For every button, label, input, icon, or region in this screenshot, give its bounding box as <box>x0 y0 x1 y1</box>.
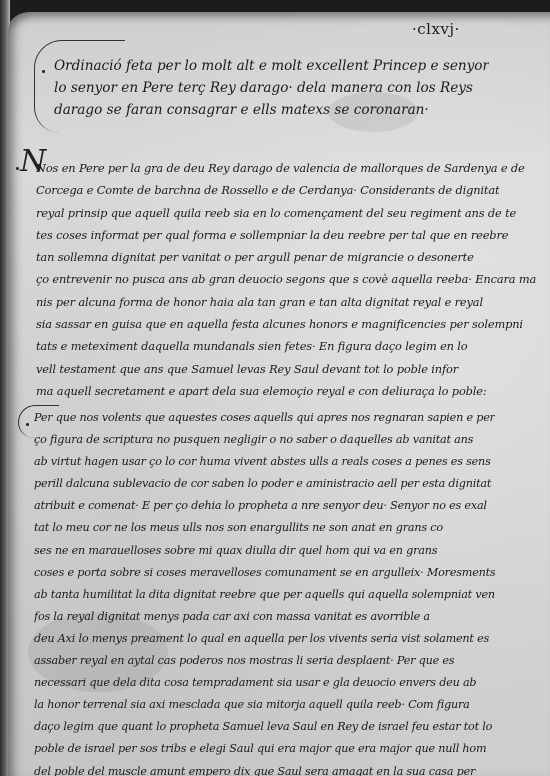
paragraph-mark <box>16 167 19 170</box>
text-line: coses e porta sobre si coses meravellose… <box>34 562 495 584</box>
text-line: assaber reyal en aytal cas poderos nos m… <box>34 650 495 672</box>
rubric-heading: Ordinació feta per lo molt alt e molt ex… <box>54 55 489 121</box>
manuscript-scan: ·clxvj· Ordinació feta per lo molt alt e… <box>0 0 550 776</box>
text-line: del poble del muscle amunt empero dix qu… <box>34 761 495 776</box>
rubric-line: Ordinació feta per lo molt alt e molt ex… <box>54 55 489 77</box>
text-line: daço legim que quant lo propheta Samuel … <box>34 716 495 738</box>
text-line: nis per alcuna forma de honor haia ala t… <box>36 291 536 313</box>
text-line: tes coses informat per qual forma e soll… <box>36 224 536 246</box>
rubric-line: darago se faran consagrar e ells matexs … <box>54 99 489 121</box>
text-line: ses ne en marauelloses sobre mi quax diu… <box>34 540 495 562</box>
text-line: sia sassar en guisa que en aquella festa… <box>36 313 536 335</box>
text-line: necessari que dela dita cosa tempradamen… <box>34 672 495 694</box>
rubric-line: lo senyor en Pere terç Rey darago· dela … <box>54 77 489 99</box>
paragraph-mark <box>26 423 29 426</box>
text-line: perill dalcuna sublevacio de cor saben l… <box>34 473 495 495</box>
text-line: ço figura de scriptura no pusquen neglig… <box>34 429 495 451</box>
text-line-with-strikethrough: poble de israel per sos tribs e elegi Sa… <box>34 738 495 760</box>
text-line: Nos en Pere per la gra de deu Rey darago… <box>36 157 536 179</box>
text-line: ço entrevenir no pusca ans ab gran deuoc… <box>36 268 536 290</box>
text-line: reyal prinsip que aquell quila reeb sia … <box>36 202 536 224</box>
text-line: deu Axi lo menys preament lo qual en aqu… <box>34 628 495 650</box>
text-line: ab virtut hagen usar ço lo cor huma vive… <box>34 451 495 473</box>
text-line: ab tanta humilitat la dita dignitat reeb… <box>34 584 495 606</box>
text-line: Per que nos volents que aquestes coses a… <box>34 407 495 429</box>
paragraph-1: Nos en Pere per la gra de deu Rey darago… <box>36 157 536 402</box>
text-line: Corcega e Comte de barchna de Rossello e… <box>36 179 536 201</box>
text-line: tat lo meu cor ne los meus ulls nos son … <box>34 517 495 539</box>
folio-number: ·clxvj· <box>412 20 460 38</box>
text-line: atribuit e comenat· E per ço dehia lo pr… <box>34 495 495 517</box>
manuscript-page: ·clxvj· Ordinació feta per lo molt alt e… <box>8 12 550 776</box>
text-line: la honor terrenal sia axi mesclada que s… <box>34 694 495 716</box>
text-line: ma aquell secretament e apart dela sua e… <box>36 380 536 402</box>
paragraph-2: Per que nos volents que aquestes coses a… <box>34 407 495 776</box>
paragraph-mark <box>42 70 45 73</box>
text-line: fos la reyal dignitat menys pada car axi… <box>34 606 495 628</box>
text-line: vell testament que ans que Samuel levas … <box>36 358 536 380</box>
text-line: tats e meteximent daquella mundanals sie… <box>36 335 536 357</box>
text-line: tan sollemna dignitat per vanitat o per … <box>36 246 536 268</box>
